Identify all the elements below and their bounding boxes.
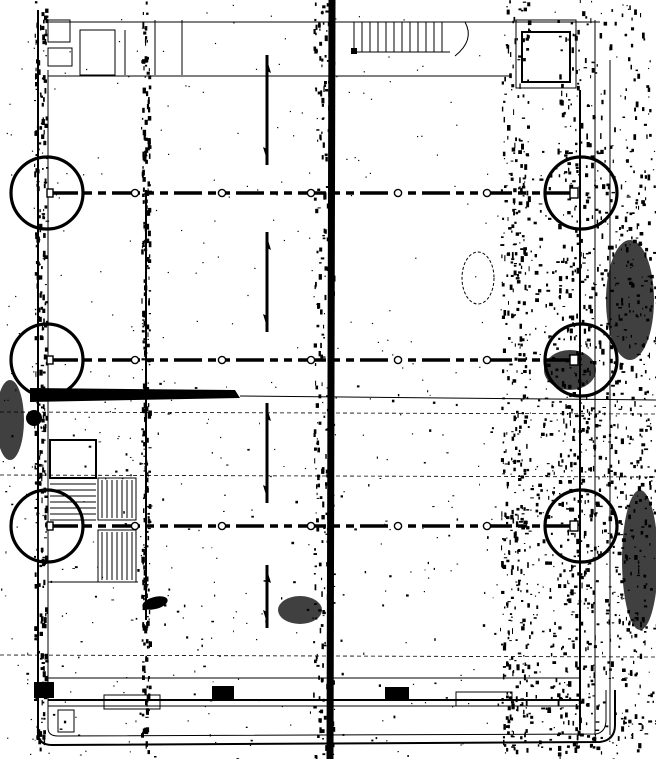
column-node xyxy=(394,522,401,529)
column-node xyxy=(307,189,314,196)
column-node xyxy=(394,189,401,196)
column-node xyxy=(131,522,138,529)
bottom-fixtures xyxy=(34,594,512,732)
column-node xyxy=(483,189,490,196)
column-node xyxy=(218,356,225,363)
column-node xyxy=(307,356,314,363)
floor-plan-drawing xyxy=(0,0,656,759)
column-node xyxy=(307,522,314,529)
top-staircase xyxy=(351,22,470,56)
central-axis xyxy=(146,0,332,759)
archive-stamp xyxy=(462,252,494,304)
heavy-beam xyxy=(26,388,656,426)
column-node xyxy=(483,356,490,363)
column-node xyxy=(483,522,490,529)
column-node xyxy=(394,356,401,363)
column-node xyxy=(131,356,138,363)
span-arrow-icon xyxy=(263,55,271,165)
top-left-rooms xyxy=(48,20,182,75)
span-arrow-icon xyxy=(263,565,271,628)
column-node xyxy=(131,189,138,196)
span-arrow-icon xyxy=(263,403,271,503)
column-node xyxy=(218,522,225,529)
column-node xyxy=(218,189,225,196)
left-staircase xyxy=(48,440,138,582)
span-arrows xyxy=(263,55,271,628)
top-right-shaft xyxy=(516,20,576,88)
outer-walls xyxy=(38,10,615,745)
span-arrow-icon xyxy=(263,232,271,332)
